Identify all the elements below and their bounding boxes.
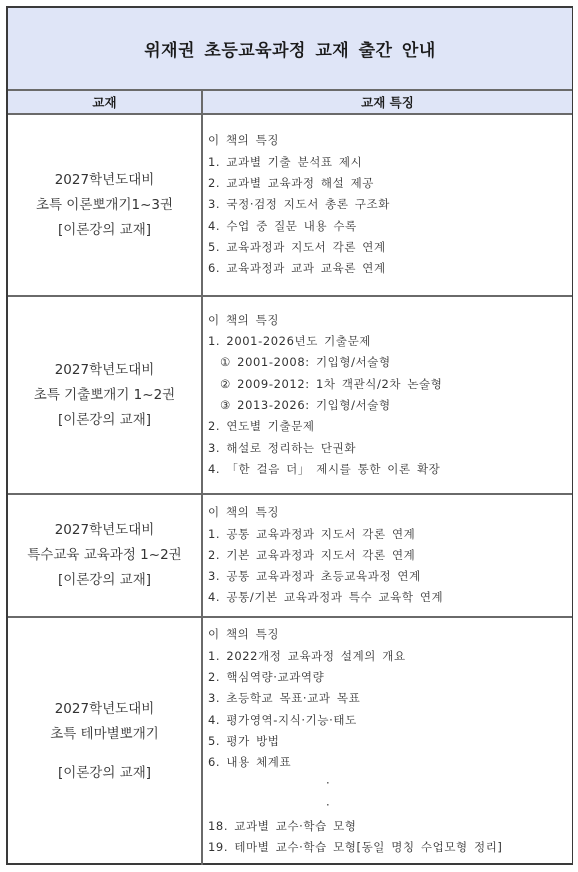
book-exam-year: 2027학년도대비 — [55, 168, 155, 193]
table-header-row: 교재 교재 특징 — [8, 91, 572, 115]
feature-subitem: ② 2009-2012: 1차 객관식/2차 논술형 — [208, 374, 572, 395]
feature-item: 5. 교육과정과 지도서 각론 연계 — [208, 237, 572, 258]
features-heading: 이 책의 특징 — [208, 624, 572, 645]
book-cell: 2027학년도대비 초특 기출뽀개기 1~2권 [이론강의 교재] — [8, 297, 203, 493]
feature-subitem: ① 2001-2008: 기입형/서술형 — [208, 352, 572, 373]
book-cell: 2027학년도대비 초특 테마별뽀개기 [이론강의 교재] — [8, 618, 203, 865]
features-cell: 이 책의 특징 1. 2001-2026년도 기출문제 ① 2001-2008:… — [203, 297, 572, 493]
feature-item: 3. 공통 교육과정과 초등교육과정 연계 — [208, 566, 572, 587]
book-title: 초특 이론뽀개기1~3권 — [36, 193, 173, 218]
book-cell: 2027학년도대비 초특 이론뽀개기1~3권 [이론강의 교재] — [8, 115, 203, 295]
feature-item: 4. 「한 걸음 더」 제시를 통한 이론 확장 — [208, 459, 572, 480]
feature-item: 2. 교과별 교육과정 해설 제공 — [208, 173, 572, 194]
features-heading: 이 책의 특징 — [208, 130, 572, 151]
feature-item: 2. 기본 교육과정과 지도서 각론 연계 — [208, 545, 572, 566]
feature-item: 3. 국정·검정 지도서 총론 구조화 — [208, 194, 572, 215]
feature-item: 18. 교과별 교수·학습 모형 — [208, 816, 572, 837]
column-header-features: 교재 특징 — [203, 91, 572, 113]
feature-item: 3. 해설로 정리하는 단권화 — [208, 438, 572, 459]
feature-item: 6. 내용 체계표 — [208, 752, 572, 773]
column-header-book: 교재 — [8, 91, 203, 113]
book-exam-year: 2027학년도대비 — [55, 697, 155, 722]
table-row-past-exam-books: 2027학년도대비 초특 기출뽀개기 1~2권 [이론강의 교재] 이 책의 특… — [8, 297, 572, 495]
book-exam-year: 2027학년도대비 — [55, 518, 155, 543]
book-title: 초특 테마별뽀개기 — [50, 722, 159, 747]
book-title: 특수교육 교육과정 1~2권 — [27, 543, 181, 568]
features-heading: 이 책의 특징 — [208, 310, 572, 331]
book-type: [이론강의 교재] — [58, 218, 151, 243]
features-cell: 이 책의 특징 1. 공통 교육과정과 지도서 각론 연계 2. 기본 교육과정… — [203, 495, 572, 616]
table-row-theme-books: 2027학년도대비 초특 테마별뽀개기 [이론강의 교재] 이 책의 특징 1.… — [8, 618, 572, 865]
feature-item: 19. 테마별 교수·학습 모형[동일 명칭 수업모형 정리] — [208, 837, 572, 858]
feature-item: 1. 교과별 기출 분석표 제시 — [208, 152, 572, 173]
features-cell: 이 책의 특징 1. 2022개정 교육과정 설계의 개요 2. 핵심역량·교과… — [203, 618, 572, 865]
features-heading: 이 책의 특징 — [208, 502, 572, 523]
textbook-announcement-table: 위재권 초등교육과정 교재 출간 안내 교재 교재 특징 2027학년도대비 초… — [6, 6, 573, 865]
feature-item: 4. 수업 중 질문 내용 수록 — [208, 216, 572, 237]
feature-item: 6. 교육과정과 교과 교육론 연계 — [208, 258, 572, 279]
book-exam-year: 2027학년도대비 — [55, 358, 155, 383]
features-cell: 이 책의 특징 1. 교과별 기출 분석표 제시 2. 교과별 교육과정 해설 … — [203, 115, 572, 295]
feature-item: 5. 평가 방법 — [208, 731, 572, 752]
table-row-special-ed-books: 2027학년도대비 특수교육 교육과정 1~2권 [이론강의 교재] 이 책의 … — [8, 495, 572, 618]
feature-item: 1. 공통 교육과정과 지도서 각론 연계 — [208, 524, 572, 545]
feature-item: 2. 핵심역량·교과역량 — [208, 667, 572, 688]
ellipsis-dot: · — [208, 795, 572, 816]
book-cell: 2027학년도대비 특수교육 교육과정 1~2권 [이론강의 교재] — [8, 495, 203, 616]
table-row-theory-books: 2027학년도대비 초특 이론뽀개기1~3권 [이론강의 교재] 이 책의 특징… — [8, 115, 572, 297]
feature-item: 1. 2001-2026년도 기출문제 — [208, 331, 572, 352]
feature-item: 3. 초등학교 목표·교과 목표 — [208, 688, 572, 709]
ellipsis-dot: · — [208, 773, 572, 794]
book-type: [이론강의 교재] — [58, 568, 151, 593]
table-title-row: 위재권 초등교육과정 교재 출간 안내 — [8, 8, 572, 91]
book-type: [이론강의 교재] — [58, 408, 151, 433]
book-type: [이론강의 교재] — [58, 761, 151, 786]
page-title: 위재권 초등교육과정 교재 출간 안내 — [144, 36, 436, 61]
book-title: 초특 기출뽀개기 1~2권 — [34, 383, 175, 408]
feature-item: 1. 2022개정 교육과정 설계의 개요 — [208, 646, 572, 667]
feature-item: 4. 공통/기본 교육과정과 특수 교육학 연계 — [208, 587, 572, 608]
feature-subitem: ③ 2013-2026: 기입형/서술형 — [208, 395, 572, 416]
feature-item: 4. 평가영역-지식·기능·태도 — [208, 710, 572, 731]
feature-item: 2. 연도별 기출문제 — [208, 416, 572, 437]
